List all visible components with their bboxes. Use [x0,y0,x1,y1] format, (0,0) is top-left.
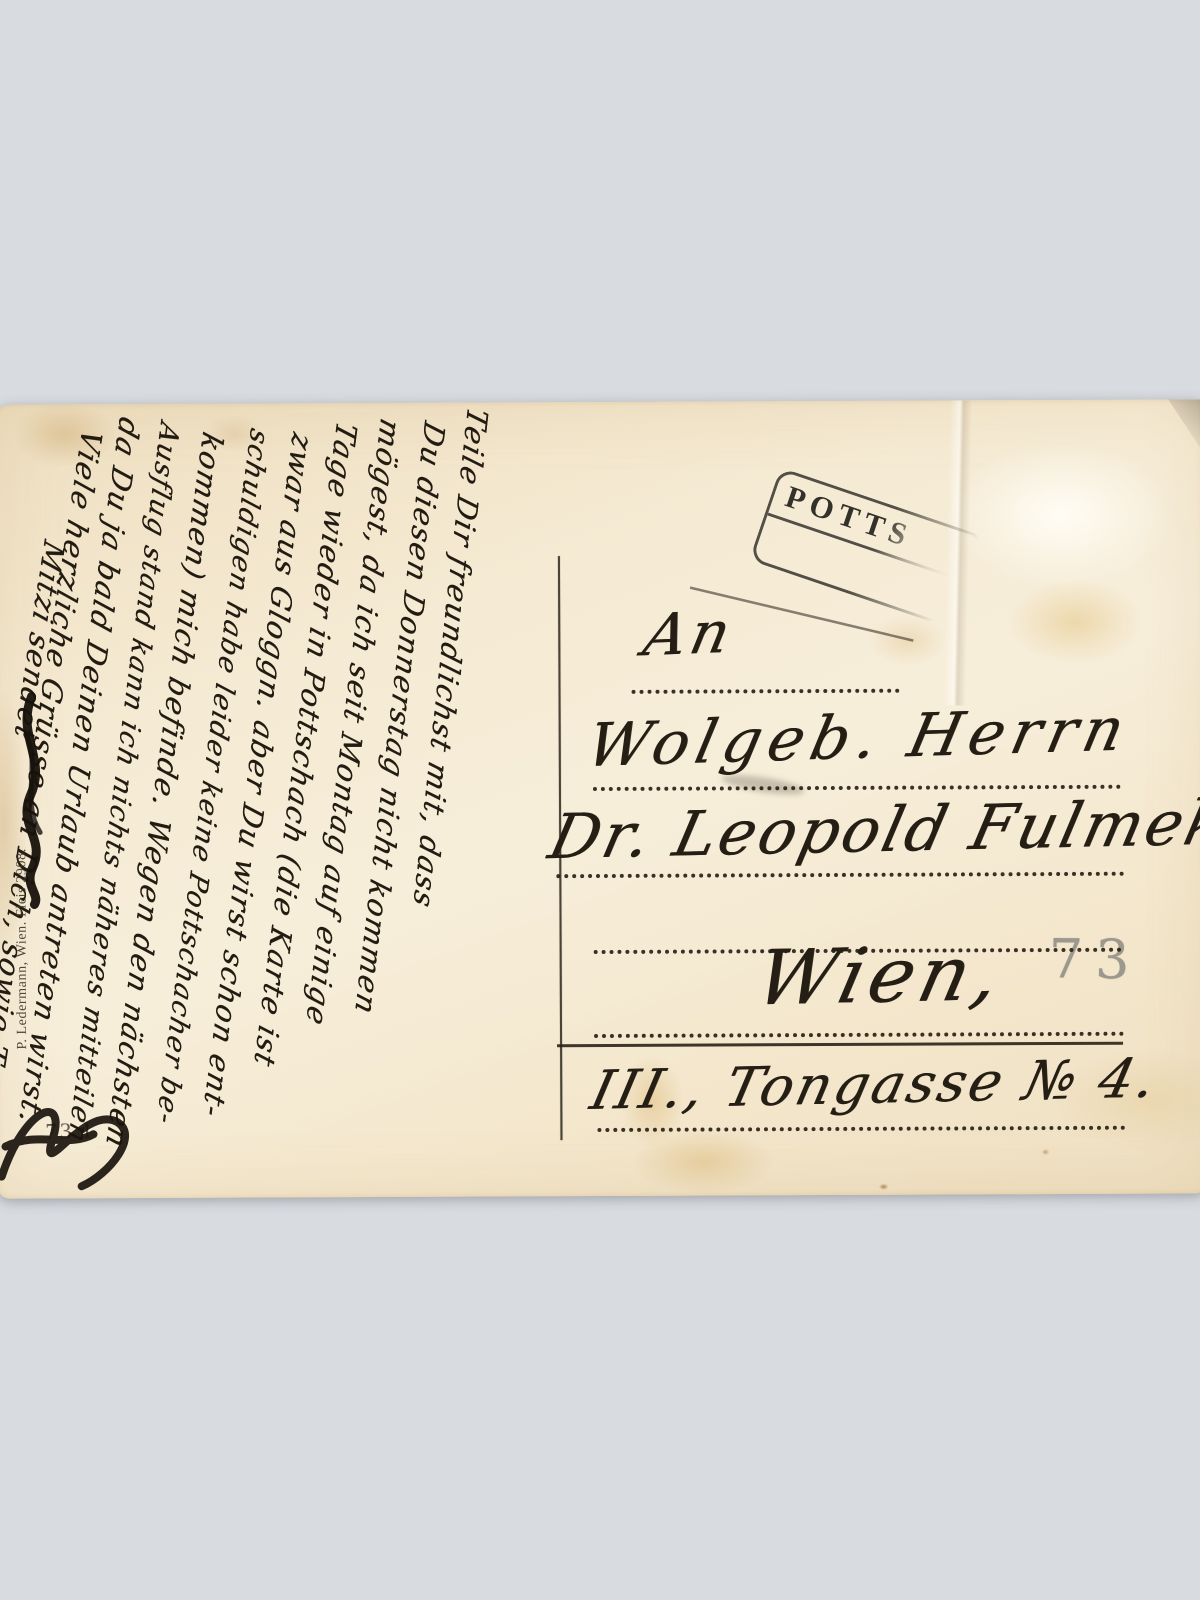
sorting-number-stamp: 73 [1048,927,1142,991]
printed-corner-number: 73 I [45,1117,94,1145]
postcard-back: Teile Dir freundlichst mit, dass Du dies… [0,399,1200,1198]
address-line-rule [556,872,1124,878]
address-line-rule [597,1126,1125,1132]
address-line-rule [594,1032,1124,1038]
address-honorific: Wolgeb. Herrn [580,695,1137,781]
address-block: An Wolgeb. Herrn Dr. Leopold Fulmek, Wie… [0,399,1200,404]
publisher-imprint: P. Ledermann, Wien. Fleis 2908. [13,647,31,1049]
scanned-postcard-photo: Teile Dir freundlichst mit, dass Du dies… [0,0,1200,1600]
address-line-rule-solid [557,1042,1123,1047]
message-block: Teile Dir freundlichst mit, dass Du dies… [0,399,1200,404]
address-city: Wien, [748,928,1013,1022]
address-line-rule [632,689,900,694]
address-street: III., Tongasse № 4. [585,1047,1164,1122]
address-salutation: An [638,598,740,669]
corner-fold [1168,399,1200,451]
address-name: Dr. Leopold Fulmek, [542,785,1200,873]
